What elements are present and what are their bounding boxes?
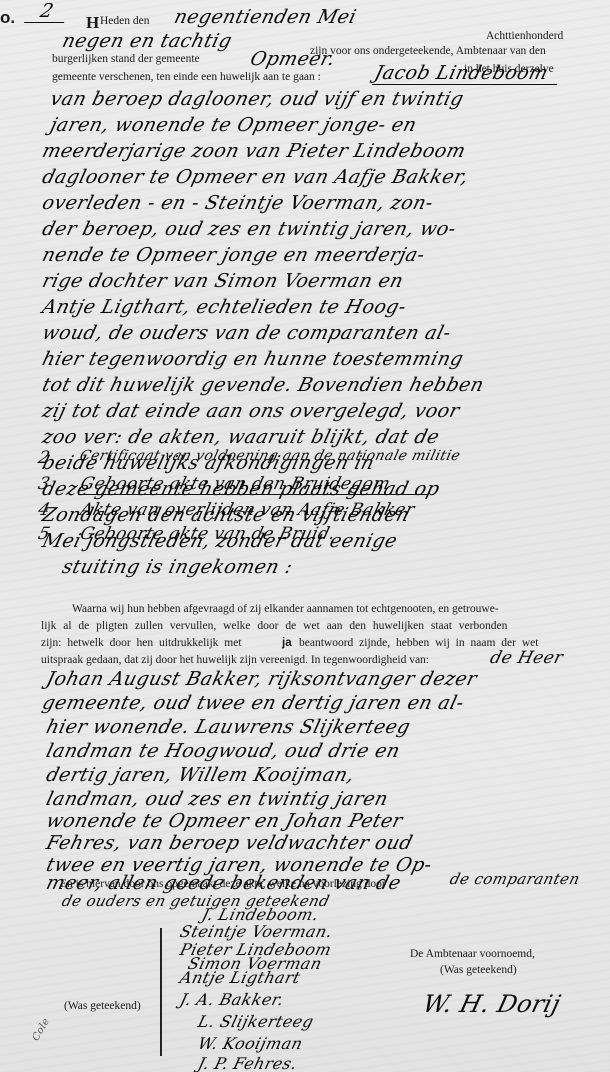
body-line: stuiting is ingekomen :	[60, 556, 295, 578]
body-line: der beroep, oud zes en twintig jaren, wo…	[40, 218, 458, 240]
burgerlijken-stand-label: burgerlijken stand der gemeente	[52, 53, 200, 65]
signature: L. Slijkerteeg	[196, 1012, 316, 1031]
body-line: overleden - en - Steintje Voerman, zon-	[40, 192, 436, 214]
document-text: Akte van overlijden van Aafje Bakker	[78, 500, 417, 520]
witness-line: gemeente, oud twee en dertig jaren en al…	[40, 692, 466, 714]
marriage-record-page: o. 2 H Heden den negentienden Mei Achtti…	[0, 0, 610, 1072]
closing-printed: En is hiervan door ons opgemaakt deze ak…	[60, 878, 386, 890]
was-geteekend-right: (Was geteekend)	[440, 964, 517, 976]
ambtenaar-line: zijn voor ons ondergeteekende, Ambtenaar…	[310, 45, 546, 57]
witness-line: Johan August Bakker, rijksontvanger deze…	[44, 668, 479, 690]
signature: W. Kooijman	[196, 1034, 305, 1053]
ambtenaar-signature: W. H. Dorij	[420, 990, 564, 1018]
signature: Steintje Voerman.	[178, 922, 335, 941]
body-line: zij tot dat einde aan ons overgelegd, vo…	[40, 400, 462, 422]
ja-answer: ja	[282, 637, 292, 649]
body-line: rige dochter van Simon Voerman en	[40, 270, 406, 292]
witness-line: Fehres, van beroep veldwachter oud	[44, 832, 415, 854]
document-text: Certificaat van voldoening aan de nation…	[78, 448, 462, 464]
document-text: Geboorte akte van den Bruidegom	[78, 474, 432, 495]
body-line: tot dit huwelijk gevende. Bovendien hebb…	[40, 374, 486, 396]
body-line: nende te Opmeer jonge en meerderja-	[40, 244, 427, 266]
body-line: woud, de ouders van de comparanten al-	[40, 322, 453, 344]
record-number: 2	[24, 0, 70, 23]
century-label: Achttienhonderd	[486, 30, 563, 42]
closing-hand-1: de comparanten	[448, 870, 582, 888]
date-handwritten-2: negen en tachtig	[60, 30, 234, 52]
signature: J. P. Fehres.	[196, 1054, 299, 1072]
record-number-prefix: o.	[0, 8, 15, 28]
date-handwritten-1: negentienden Mei	[172, 6, 359, 28]
body-line: jaren, wonende te Opmeer jonge- en	[48, 114, 419, 136]
gemeente-verschenen-label: gemeente verschenen, ten einde een huwel…	[52, 71, 321, 83]
ambtenaar-label: De Ambtenaar voornoemd,	[410, 948, 535, 960]
body-line: daglooner te Opmeer en van Aafje Bakker,	[40, 166, 471, 188]
witness-line: de Heer	[488, 648, 565, 668]
printed-line: Waarna wij hun hebben afgevraagd of zij …	[72, 603, 499, 615]
heden-den-text: Heden den	[100, 15, 150, 27]
printed-line: lijk al de pligten zullen vervullen, wel…	[41, 620, 507, 632]
groom-name: Jacob Lindeboom	[372, 62, 562, 85]
signature: J. A. Bakker.	[178, 990, 286, 1009]
witness-line: hier wonende. Lauwrens Slijkerteeg	[44, 716, 413, 738]
printed-line: uitspraak gedaan, dat zij door het huwel…	[41, 654, 429, 666]
witness-line: landman, oud zes en twintig jaren	[44, 788, 391, 810]
body-line: meerderjarige zoon van Pieter Lindeboom	[40, 140, 468, 162]
body-line: hier tegenwoordig en hunne toestemming	[40, 348, 466, 370]
body-line: Antje Ligthart, echtelieden te Hoog-	[40, 296, 409, 318]
was-geteekend-left: (Was geteekend)	[64, 1000, 141, 1012]
body-line: van beroep daglooner, oud vijf en twinti…	[48, 88, 466, 110]
document-text: Geboorte akte van de Bruid.	[78, 524, 338, 544]
witness-line: dertig jaren, Willem Kooijman,	[44, 764, 357, 786]
witness-line: wonende te Opmeer en Johan Peter	[44, 810, 405, 832]
municipality-handwritten: Opmeer.	[248, 48, 338, 70]
signature-brace	[160, 928, 162, 1056]
witness-line: landman te Hoogwoud, oud drie en	[44, 740, 402, 762]
printed-line: zijn: hetwelk door hen uitdrukkelijk met	[41, 637, 242, 649]
margin-note: Cole	[30, 1016, 52, 1043]
body-line: zoo ver: de akten, waaruit blijkt, dat d…	[40, 426, 442, 448]
signature: Antje Ligthart	[178, 968, 302, 987]
